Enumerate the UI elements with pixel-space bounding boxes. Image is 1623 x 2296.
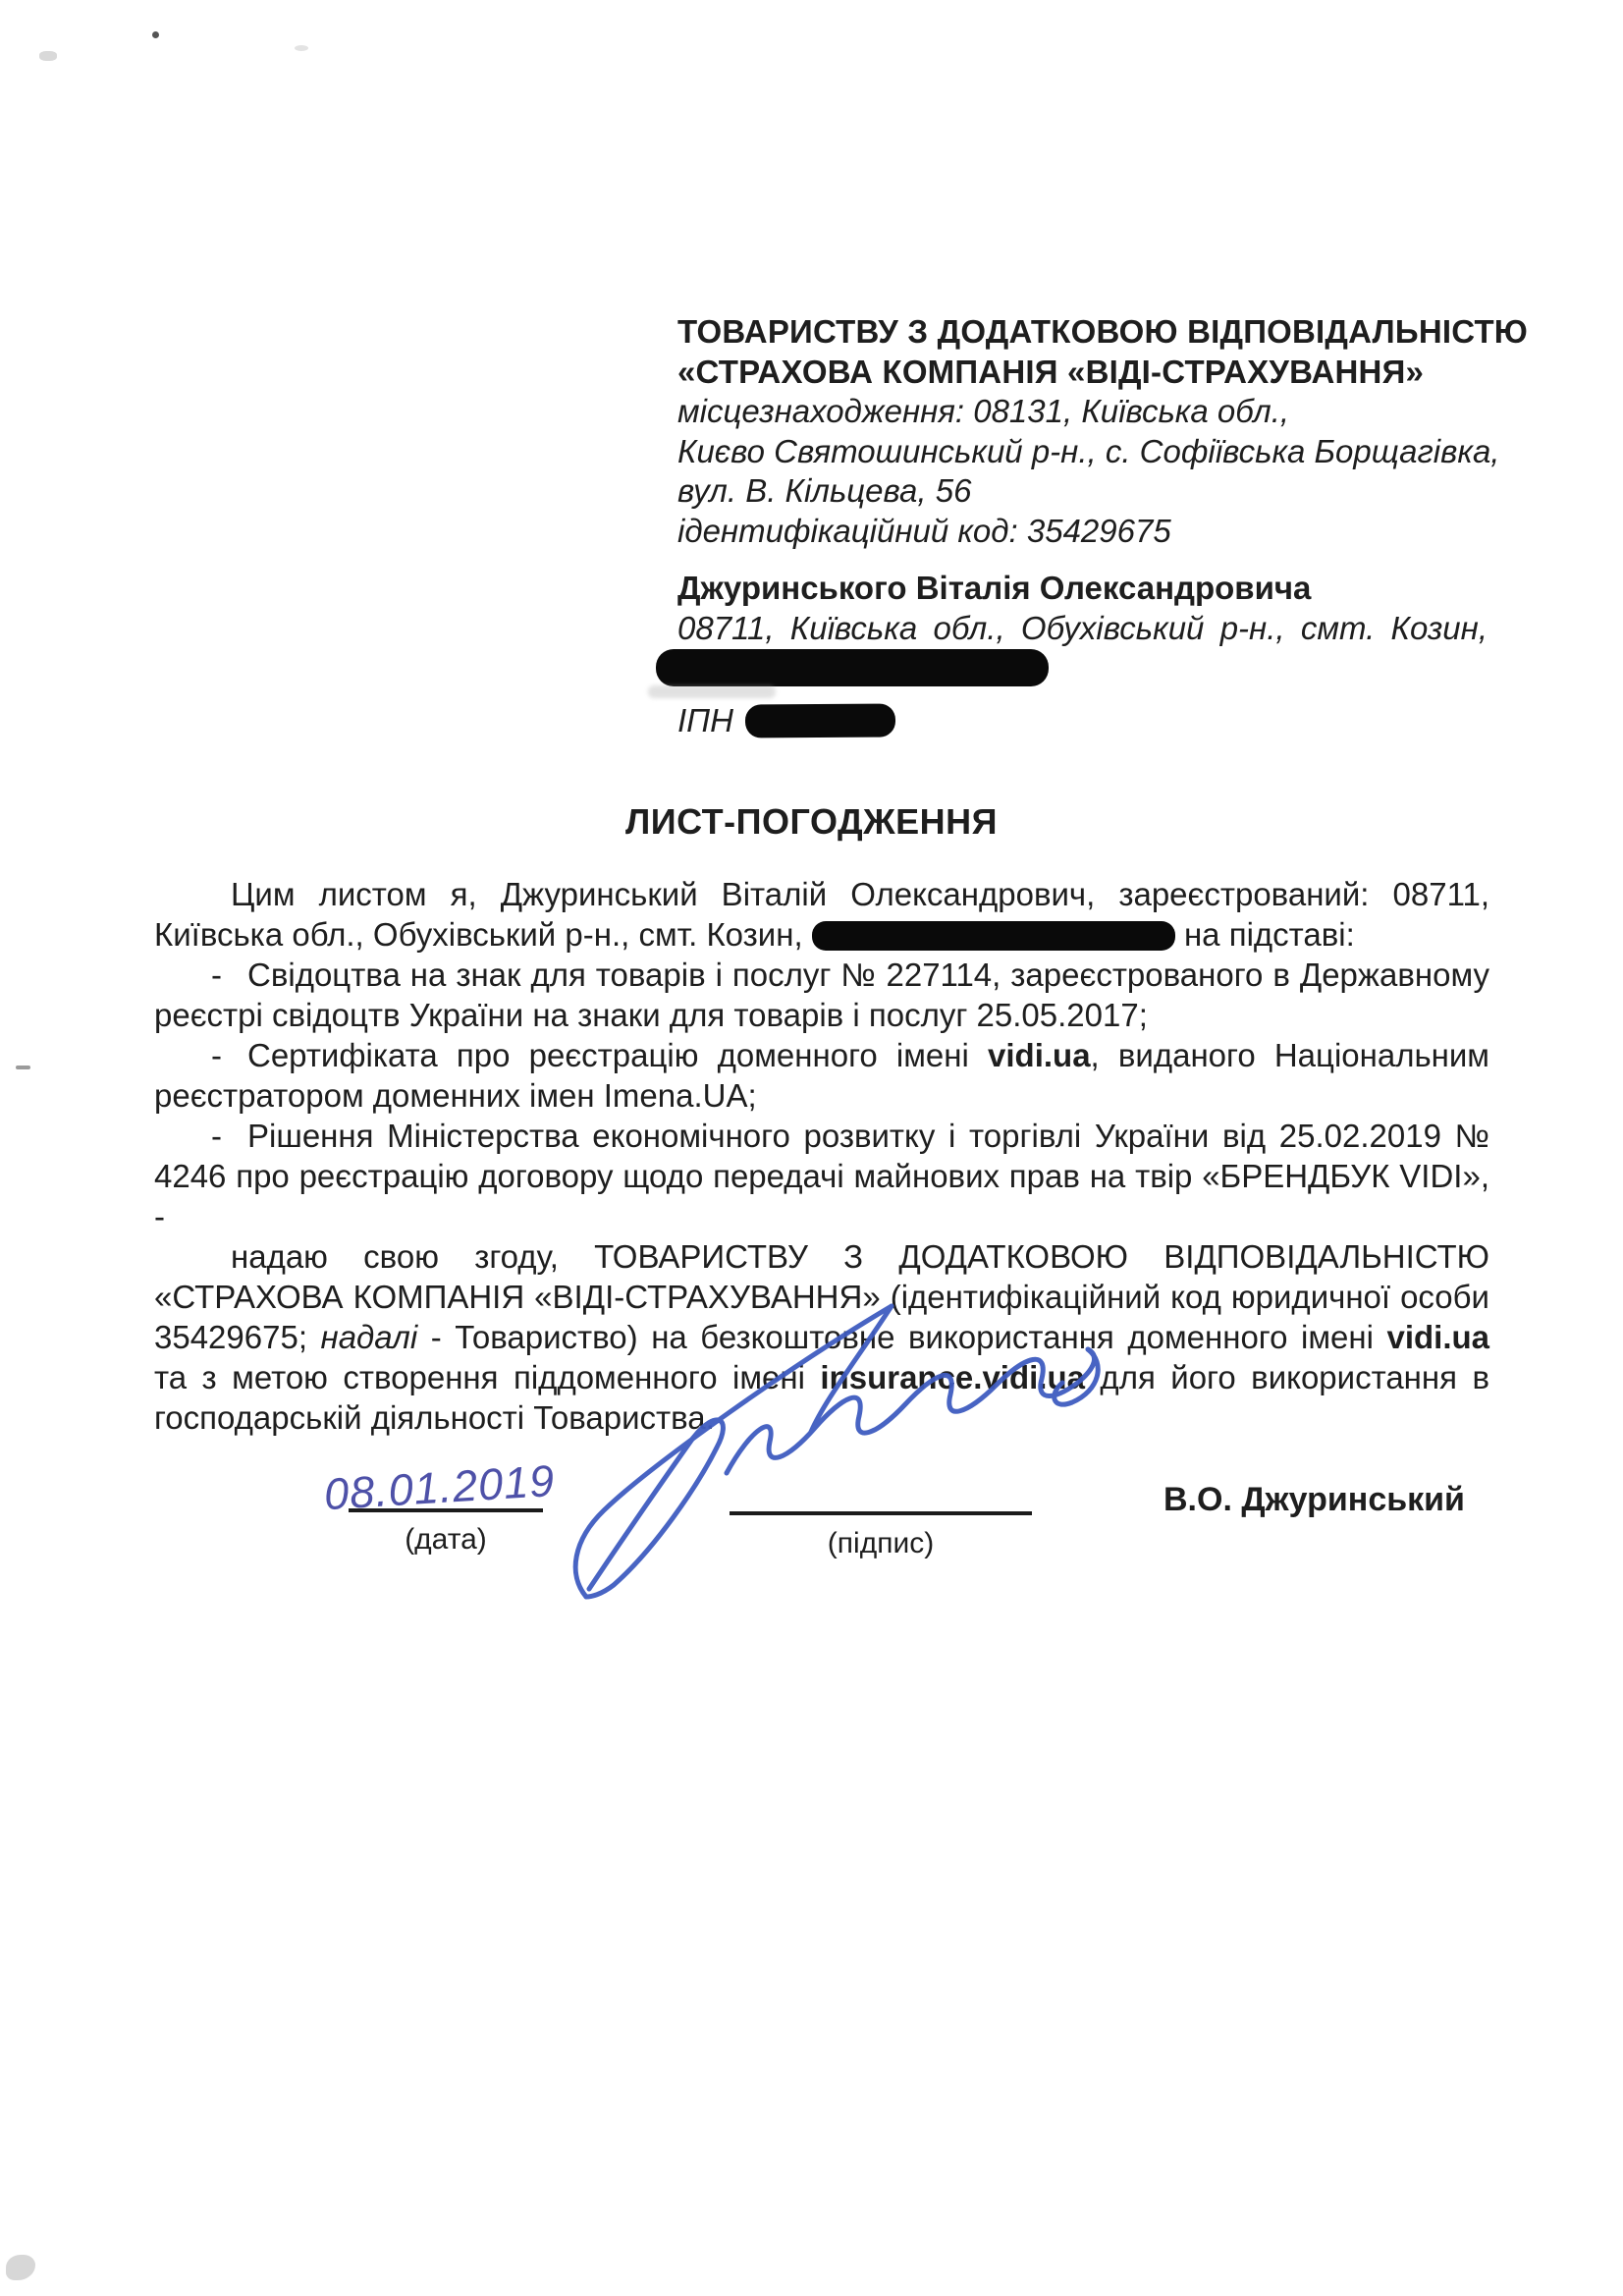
scan-artifact — [295, 45, 308, 51]
addressee-address: 08711, Київська обл., Обухівський р-н., … — [677, 609, 1488, 649]
recipient-block: ТОВАРИСТВУ З ДОДАТКОВОЮ ВІДПОВІДАЛЬНІСТЮ… — [677, 312, 1488, 740]
redaction-bar-inline — [812, 921, 1175, 951]
recipient-street: вул. В. Кільцева, 56 — [677, 471, 1488, 512]
recipient-district: Києво Святошинський р-н., с. Софіївська … — [677, 432, 1488, 472]
bullet-dash: - — [211, 1118, 222, 1154]
scan-artifact — [16, 1066, 30, 1069]
recipient-company-line-2: «СТРАХОВА КОМПАНІЯ «ВІДІ-СТРАХУВАННЯ» — [677, 353, 1488, 393]
bullet-dash: - — [211, 1037, 222, 1073]
redaction-bar-ipn — [745, 703, 895, 738]
list-item-ministry-decision: -Рішення Міністерства економічного розви… — [154, 1116, 1489, 1236]
date-underline — [349, 1508, 543, 1512]
scan-artifact — [6, 2255, 35, 2280]
list-item-trademark-certificate: -Свідоцтва на знак для товарів і послуг … — [154, 955, 1489, 1035]
redaction-bar-address — [656, 649, 1049, 686]
bullet-dash: - — [211, 957, 222, 993]
signature-scribble-icon — [560, 1235, 1109, 1638]
date-caption: (дата) — [349, 1523, 543, 1557]
ipn-label: ІПН — [677, 701, 733, 740]
addressee-block: Джуринського Віталія Олександровича 0871… — [677, 569, 1488, 740]
intro-text-after: на підставі: — [1175, 916, 1355, 953]
recipient-id-code: ідентифікаційний код: 35429675 — [677, 512, 1488, 552]
domain-name: vidi.ua — [988, 1037, 1091, 1073]
signer-name: В.О. Джуринський — [1163, 1481, 1465, 1519]
scan-artifact — [648, 685, 776, 698]
scan-artifact — [39, 51, 57, 61]
addressee-name: Джуринського Віталія Олександровича — [677, 569, 1488, 609]
paragraph-intro: Цим листом я, Джуринський Віталій Олекса… — [154, 874, 1489, 955]
recipient-location: місцезнаходження: 08131, Київська обл., — [677, 392, 1488, 432]
list-item-domain-certificate: -Сертифіката про реєстрацію доменного ім… — [154, 1035, 1489, 1116]
recipient-company-line-1: ТОВАРИСТВУ З ДОДАТКОВОЮ ВІДПОВІДАЛЬНІСТЮ — [677, 312, 1488, 353]
hereinafter-term: надалі — [321, 1319, 418, 1355]
document-page: ТОВАРИСТВУ З ДОДАТКОВОЮ ВІДПОВІДАЛЬНІСТЮ… — [0, 0, 1623, 2296]
scan-artifact — [152, 31, 159, 38]
domain-name: vidi.ua — [1386, 1319, 1489, 1355]
document-title: ЛИСТ-ПОГОДЖЕННЯ — [0, 801, 1623, 843]
